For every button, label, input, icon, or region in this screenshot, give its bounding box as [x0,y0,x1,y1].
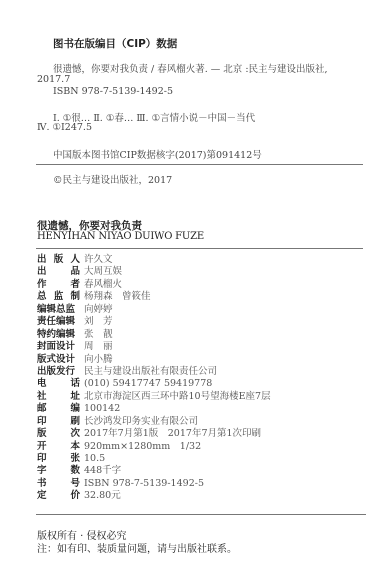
credit-value: 张 靓 [84,329,113,341]
credit-value: (010) 59417747 59419778 [84,378,212,390]
credit-value: 民主与建设出版社有限责任公司 [84,366,217,378]
divider-rule [36,514,366,515]
credit-row: 印张10.5 [37,453,271,465]
copyright-line: ©民主与建设出版社，2017 [53,172,172,186]
credit-label: 特约编辑 [37,329,80,341]
credit-row: 印刷长沙鸿发印务实业有限公司 [37,416,271,428]
credit-label-char: 刷 [70,416,80,428]
credit-value: 32.80元 [84,490,121,502]
credit-row: 封面设计周 丽 [37,341,271,353]
credit-value: 长沙鸿发印务实业有限公司 [84,416,198,428]
credit-value: 杨翔森 曾筱佳 [84,291,151,303]
cip-entry-line: 很遗憾，你要对我负责 / 春风榴火著. — 北京 :民主与建设出版社, [53,61,328,75]
credits-list: 出版人许久文出品大周互娱作者春风榴火总监制杨翔森 曾筱佳编辑总监向婷婷责任编辑刘… [37,254,271,503]
credit-label-char: 监 [54,291,64,303]
credit-label: 出版发行 [37,366,80,378]
credit-label-char: 印 [37,416,47,428]
credit-label-char: 话 [70,378,80,390]
credit-label: 书号 [37,478,80,490]
cip-entry-line-cont: 2017.7 [37,74,70,85]
credit-row: 特约编辑张 靓 [37,329,271,341]
credit-label-char: 张 [70,453,80,465]
credit-value: 大周互娱 [84,266,122,278]
credit-row: 出版人许久文 [37,254,271,266]
credit-label: 版式设计 [37,354,80,366]
credit-label-char: 特约编辑 [37,329,75,341]
credit-label-char: 价 [70,490,80,502]
credit-label-char: 本 [70,441,80,453]
credit-label-char: 次 [70,428,80,440]
credit-row: 社址北京市海淀区西三环中路10号望海楼E座7层 [37,391,271,403]
divider-rule [36,248,363,249]
credit-label-char: 品 [70,266,80,278]
credit-value: 许久文 [84,254,113,266]
credit-label: 出品 [37,266,80,278]
credit-label-char: 者 [70,279,80,291]
credit-label-char: 出版发行 [37,366,75,378]
credit-label: 印刷 [37,416,80,428]
credit-row: 邮编100142 [37,403,271,415]
credit-row: 出品大周互娱 [37,266,271,278]
cip-isbn: ISBN 978-7-5139-1492-5 [53,86,173,97]
credit-label-char: 出 [37,266,47,278]
credit-label-char: 作 [37,279,47,291]
credit-label-char: 编辑总监 [37,304,75,316]
credit-label: 出版人 [37,254,80,266]
credit-label-char: 号 [70,478,80,490]
credit-label-char: 版 [54,254,64,266]
credit-value: 920mm×1280mm 1/32 [84,441,201,453]
cip-heading: 图书在版编目（CIP）数据 [53,36,177,51]
credit-value: ISBN 978-7-5139-1492-5 [84,478,204,490]
credit-label: 开本 [37,441,80,453]
book-pinyin-title: HENYIHAN NIYAO DUIWO FUZE [37,231,204,242]
credit-label: 电话 [37,378,80,390]
credit-value: 春风榴火 [84,279,122,291]
credit-value: 北京市海淀区西三环中路10号望海楼E座7层 [84,391,271,403]
credit-row: 版次2017年7月第1版 2017年7月第1次印刷 [37,428,271,440]
credit-row: 电话(010) 59417747 59419778 [37,378,271,390]
credit-label-char: 制 [70,291,80,303]
credit-label: 字数 [37,465,80,477]
credit-value: 刘 芳 [84,316,113,328]
credit-label-char: 版 [37,428,47,440]
credit-label-char: 人 [70,254,80,266]
credit-value: 周 丽 [84,341,113,353]
credit-value: 2017年7月第1版 2017年7月第1次印刷 [84,428,261,440]
credit-label-char: 数 [70,465,80,477]
credit-label: 责任编辑 [37,316,80,328]
credit-label-char: 出 [37,254,47,266]
credit-row: 总监制杨翔森 曾筱佳 [37,291,271,303]
credit-value: 10.5 [84,453,105,465]
quality-note: 注：如有印、装质量问题，请与出版社联系。 [37,540,237,555]
credit-label: 定价 [37,490,80,502]
credit-label-char: 责任编辑 [37,316,75,328]
credit-label-char: 字 [37,465,47,477]
credit-label: 编辑总监 [37,304,80,316]
credit-row: 责任编辑刘 芳 [37,316,271,328]
credit-row: 定价32.80元 [37,490,271,502]
credit-value: 向小腾 [84,354,113,366]
credit-label: 作者 [37,279,80,291]
credit-row: 作者春风榴火 [37,279,271,291]
credit-label-char: 社 [37,391,47,403]
credit-label-char: 定 [37,490,47,502]
credit-label: 邮编 [37,403,80,415]
cip-number: 中国版本图书馆CIP数据核字(2017)第091412号 [53,147,262,161]
credit-label-char: 总 [37,291,47,303]
credit-label-char: 封面设计 [37,341,75,353]
credit-label: 社址 [37,391,80,403]
credit-row: 编辑总监向婷婷 [37,304,271,316]
credit-label: 封面设计 [37,341,80,353]
credit-label-char: 邮 [37,403,47,415]
divider-rule [36,164,363,165]
credit-label: 版次 [37,428,80,440]
credit-value: 向婷婷 [84,304,113,316]
credit-label: 总监制 [37,291,80,303]
credit-label-char: 址 [70,391,80,403]
credit-label-char: 编 [70,403,80,415]
credit-row: 字数448千字 [37,465,271,477]
credit-label-char: 开 [37,441,47,453]
credit-row: 开本920mm×1280mm 1/32 [37,441,271,453]
credit-label-char: 书 [37,478,47,490]
credit-value: 100142 [84,403,120,415]
credit-label-char: 版式设计 [37,354,75,366]
credit-label-char: 电 [37,378,47,390]
credit-label-char: 印 [37,453,47,465]
credit-label: 印张 [37,453,80,465]
credit-row: 版式设计向小腾 [37,354,271,366]
credit-row: 出版发行民主与建设出版社有限责任公司 [37,366,271,378]
credit-value: 448千字 [84,465,121,477]
cip-classification-cont: Ⅳ. ①I247.5 [37,122,92,133]
credit-row: 书号ISBN 978-7-5139-1492-5 [37,478,271,490]
